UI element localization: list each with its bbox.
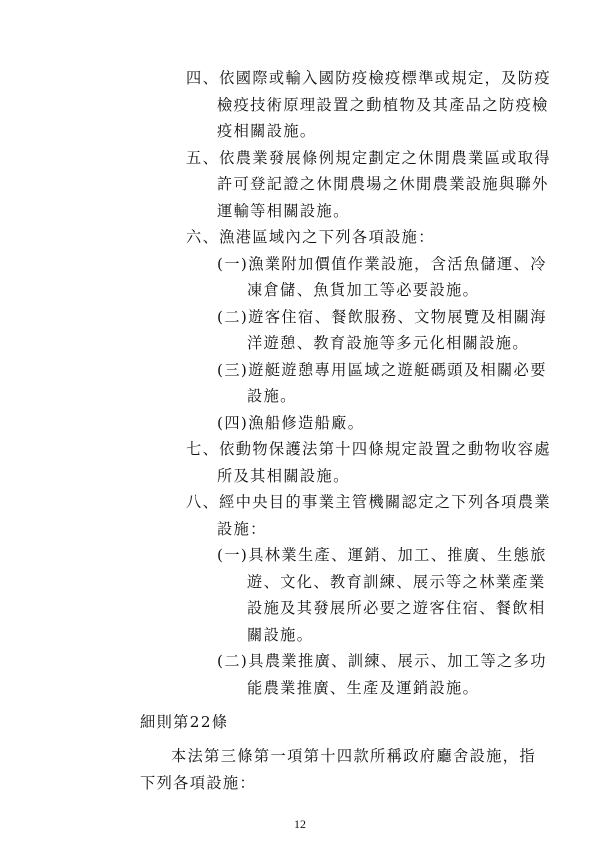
text-line: 洋遊憩、教育設施等多元化相關設施。 [247, 333, 529, 353]
text-line: 七、依動物保護法第十四條規定設置之動物收容處 [186, 439, 551, 459]
text-line: 疫相關設施。 [217, 121, 317, 141]
text-line: 細則第22條 [140, 712, 228, 732]
page-number: 12 [0, 817, 600, 832]
text-line: 設施及其發展所必要之遊客住宿、餐飲相 [247, 598, 546, 618]
text-line: (四)漁船修造船廠。 [217, 413, 364, 433]
text-line: (二)遊客住宿、餐飲服務、文物展覽及相關海 [217, 307, 547, 327]
text-line: (三)遊艇遊憩專用區域之遊艇碼頭及相關必要 [217, 360, 547, 380]
text-line: 下列各項設施： [140, 773, 256, 793]
text-line: 六、漁港區域內之下列各項設施： [186, 227, 435, 247]
text-line: (一)具林業生產、運銷、加工、推廣、生態旅 [217, 545, 547, 565]
text-line: 四、依國際或輸入國防疫檢疫標準或規定，及防疫 [186, 68, 551, 88]
text-line: 設施： [217, 519, 267, 539]
text-line: 關設施。 [247, 625, 313, 645]
text-line: 凍倉儲、魚貨加工等必要設施。 [247, 280, 479, 300]
text-line: 設施。 [247, 386, 297, 406]
document-page: 四、依國際或輸入國防疫檢疫標準或規定，及防疫檢疫技術原理設置之動植物及其產品之防… [0, 0, 600, 848]
text-line: 檢疫技術原理設置之動植物及其產品之防疫檢 [217, 95, 549, 115]
text-line: 許可登記證之休閒農場之休閒農業設施與聯外 [217, 174, 549, 194]
text-line: 五、依農業發展條例規定劃定之休閒農業區或取得 [186, 148, 551, 168]
text-line: 能農業推廣、生產及運銷設施。 [247, 678, 479, 698]
text-line: 本法第三條第一項第十四款所稱政府廳舍設施，指 [171, 746, 536, 766]
text-line: 八、經中央目的事業主管機關認定之下列各項農業 [186, 492, 551, 512]
text-line: (二)具農業推廣、訓練、展示、加工等之多功 [217, 651, 547, 671]
text-line: 所及其相關設施。 [217, 466, 350, 486]
text-line: 運輸等相關設施。 [217, 201, 350, 221]
text-line: (一)漁業附加價值作業設施，含活魚儲運、冷 [217, 254, 547, 274]
text-line: 遊、文化、教育訓練、展示等之林業產業 [247, 572, 546, 592]
